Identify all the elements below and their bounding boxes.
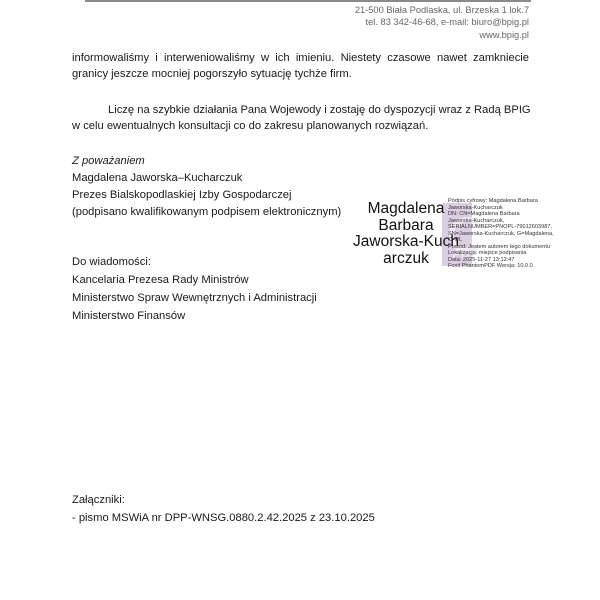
signature-detail-line: SN=Jaworska-Kucharczuk, G=Magdalena, xyxy=(448,231,554,238)
paragraph-line: informowaliśmy i interweniowaliśmy w ich… xyxy=(72,50,529,66)
cc-recipient: Kancelaria Prezesa Rady Ministrów xyxy=(72,271,317,289)
salutation: Z poważaniem xyxy=(72,153,341,170)
signature-note: (podpisano kwalifikowanym podpisem elekt… xyxy=(72,204,341,221)
attachments-title: Załączniki: xyxy=(72,491,375,509)
signature-detail-line: Foxit PhantomPDF Wersja: 10.0.0 xyxy=(448,263,554,270)
website-line: www.bpig.pl xyxy=(355,29,529,41)
header-rule xyxy=(85,0,531,2)
attachments-block: Załączniki: - pismo MSWiA nr DPP-WNSG.08… xyxy=(72,491,375,527)
cc-title: Do wiadomości: xyxy=(72,253,317,271)
signature-name-line: Barbara xyxy=(352,218,460,235)
cc-recipient: Ministerstwo Finansów xyxy=(72,307,317,325)
cc-recipient: Ministerstwo Spraw Wewnętrznych i Admini… xyxy=(72,289,317,307)
paragraph-line: Liczę na szybkie działania Pana Wojewody… xyxy=(72,102,529,118)
signer-name: Magdalena Jaworska–Kucharczuk xyxy=(72,170,341,187)
signature-name: Magdalena Barbara Jaworska-Kuch arczuk xyxy=(352,201,460,267)
contact-line: tel. 83 342-46-68, e-mail: biuro@bpig.pl xyxy=(355,16,529,28)
header-address: 21-500 Biała Podlaska, ul. Brzeska 1 lok… xyxy=(355,4,529,41)
digital-signature[interactable]: PDF Magdalena Barbara Jaworska-Kuch arcz… xyxy=(352,196,582,272)
paragraph-line: granicy jeszcze mocniej pogorszyło sytua… xyxy=(72,66,529,82)
signature-name-line: Jaworska-Kuch xyxy=(352,234,460,251)
signature-detail-line: Podpis cyfrowy: Magdalena Barbara xyxy=(448,198,554,205)
paragraph-1: informowaliśmy i interweniowaliśmy w ich… xyxy=(72,50,529,82)
cc-block: Do wiadomości: Kancelaria Prezesa Rady M… xyxy=(72,253,317,325)
signature-detail-line: SERIALNUMBER=PNOPL-79012603987, xyxy=(448,224,554,231)
signature-details: Podpis cyfrowy: Magdalena Barbara Jawors… xyxy=(448,198,554,270)
attachment-item: - pismo MSWiA nr DPP-WNSG.0880.2.42.2025… xyxy=(72,509,375,527)
signature-name-line: arczuk xyxy=(352,251,460,268)
paragraph-line: w celu ewentualnych konsultacji co do za… xyxy=(72,118,529,134)
paragraph-2: Liczę na szybkie działania Pana Wojewody… xyxy=(72,102,529,134)
signer-position: Prezes Bialskopodlaskiej Izby Gospodarcz… xyxy=(72,187,341,204)
closing-block: Z poważaniem Magdalena Jaworska–Kucharcz… xyxy=(72,153,341,221)
address-line: 21-500 Biała Podlaska, ul. Brzeska 1 lok… xyxy=(355,4,529,16)
signature-name-line: Magdalena xyxy=(352,201,460,218)
